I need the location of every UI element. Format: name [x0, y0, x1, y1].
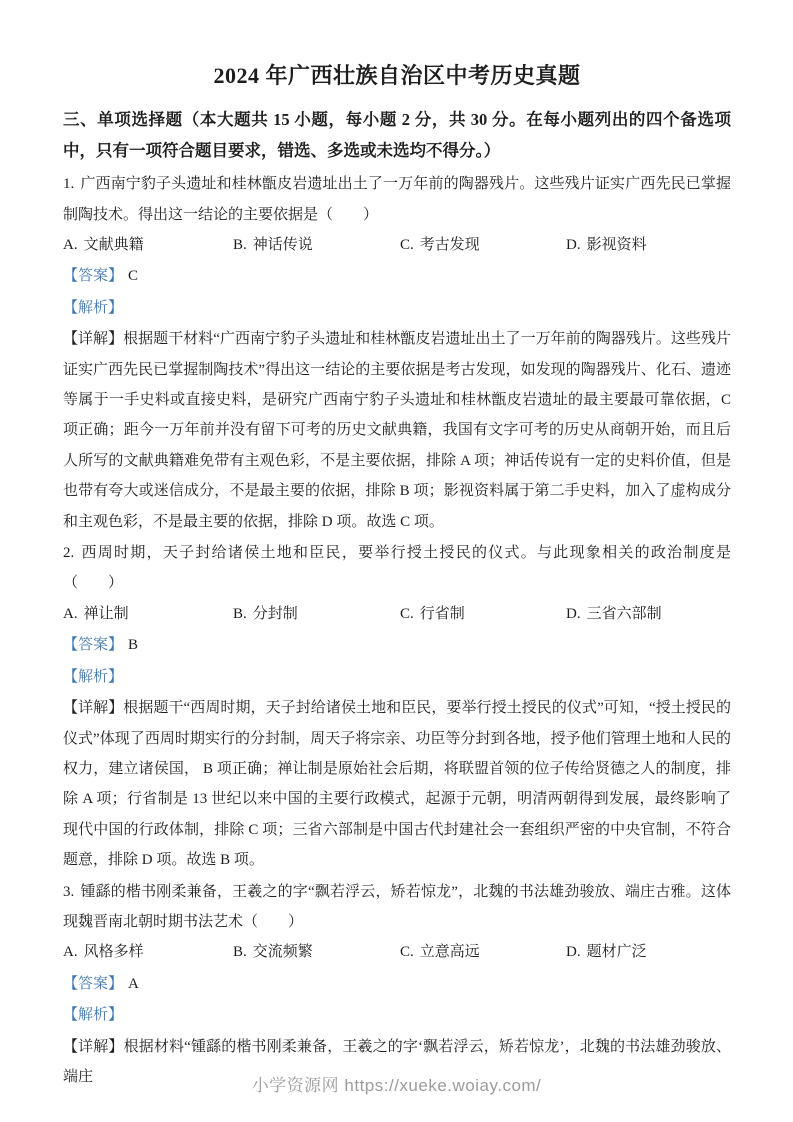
- answer-value: C: [128, 268, 138, 284]
- option-text: 考古发现: [420, 237, 480, 253]
- option-d: D.影视资料: [566, 230, 731, 260]
- detail-paragraph: 【详解】根据题干材料“广西南宁豹子头遗址和桂林甑皮岩遗址出土了一万年前的陶器残片…: [63, 324, 731, 537]
- option-a: A.禅让制: [63, 599, 233, 629]
- option-key: D.: [566, 606, 581, 622]
- answer-line: 【答案】A: [63, 969, 731, 999]
- option-c: C.立意高远: [400, 937, 566, 967]
- option-key: B.: [233, 944, 247, 960]
- option-key: B.: [233, 606, 247, 622]
- question-stem: 3.锺繇的楷书刚柔兼备，王羲之的字“飘若浮云，矫若惊龙”，北魏的书法雄劲骏放、端…: [63, 877, 731, 938]
- option-d: D.三省六部制: [566, 599, 731, 629]
- option-key: C.: [400, 237, 414, 253]
- option-key: D.: [566, 944, 581, 960]
- answer-label: 【答案】: [63, 268, 123, 284]
- detail-text: 根据题干“西周时期，天子封给诸侯土地和臣民，要举行授土授民的仪式”可知，“授土授…: [63, 700, 731, 868]
- option-key: A.: [63, 606, 78, 622]
- question-number: 1.: [63, 176, 74, 192]
- option-c: C.行省制: [400, 599, 566, 629]
- option-text: 分封制: [253, 606, 298, 622]
- document-content: 2024 年广西壮族自治区中考历史真题 三、单项选择题（本大题共 15 小题，每…: [63, 60, 731, 1092]
- option-text: 禅让制: [84, 606, 129, 622]
- section-heading: 三、单项选择题（本大题共 15 小题，每小题 2 分，共 30 分。在每小题列出…: [63, 105, 731, 166]
- option-text: 风格多样: [84, 944, 144, 960]
- question-stem-text: 锺繇的楷书刚柔兼备，王羲之的字“飘若浮云，矫若惊龙”，北魏的书法雄劲骏放、端庄古…: [63, 884, 731, 930]
- option-b: B.交流频繁: [233, 937, 400, 967]
- answer-label: 【答案】: [63, 637, 123, 653]
- options-row: A.风格多样 B.交流频繁 C.立意高远 D.题材广泛: [63, 937, 731, 967]
- option-text: 行省制: [420, 606, 465, 622]
- analysis-line: 【解析】: [63, 1000, 731, 1030]
- detail-paragraph: 【详解】根据题干“西周时期，天子封给诸侯土地和臣民，要举行授土授民的仪式”可知，…: [63, 693, 731, 875]
- analysis-label: 【解析】: [63, 300, 123, 316]
- answer-line: 【答案】C: [63, 261, 731, 291]
- option-d: D.题材广泛: [566, 937, 731, 967]
- option-key: C.: [400, 606, 414, 622]
- question-stem-text: 西周时期，天子封给诸侯土地和臣民，要举行授土授民的仪式。与此现象相关的政治制度是…: [63, 545, 731, 591]
- question-stem-text: 广西南宁豹子头遗址和桂林甑皮岩遗址出土了一万年前的陶器残片。这些残片证实广西先民…: [63, 176, 731, 222]
- page-title: 2024 年广西壮族自治区中考历史真题: [63, 60, 731, 92]
- analysis-line: 【解析】: [63, 293, 731, 323]
- option-key: B.: [233, 237, 247, 253]
- document-page: 2024 年广西壮族自治区中考历史真题 三、单项选择题（本大题共 15 小题，每…: [0, 0, 793, 1122]
- answer-value: B: [128, 637, 138, 653]
- question-block-1: 1.广西南宁豹子头遗址和桂林甑皮岩遗址出土了一万年前的陶器残片。这些残片证实广西…: [63, 169, 731, 537]
- option-key: A.: [63, 944, 78, 960]
- question-stem: 1.广西南宁豹子头遗址和桂林甑皮岩遗址出土了一万年前的陶器残片。这些残片证实广西…: [63, 169, 731, 230]
- detail-label: 【详解】: [63, 1039, 124, 1055]
- option-b: B.分封制: [233, 599, 400, 629]
- question-number: 2.: [63, 545, 74, 561]
- option-key: C.: [400, 944, 414, 960]
- option-a: A.风格多样: [63, 937, 233, 967]
- options-row: A.禅让制 B.分封制 C.行省制 D.三省六部制: [63, 599, 731, 629]
- detail-label: 【详解】: [63, 700, 123, 716]
- option-b: B.神话传说: [233, 230, 400, 260]
- option-key: A.: [63, 237, 78, 253]
- option-text: 立意高远: [420, 944, 480, 960]
- option-text: 神话传说: [253, 237, 313, 253]
- detail-label: 【详解】: [63, 331, 123, 347]
- option-text: 文献典籍: [84, 237, 144, 253]
- analysis-line: 【解析】: [63, 662, 731, 692]
- option-c: C.考古发现: [400, 230, 566, 260]
- option-key: D.: [566, 237, 581, 253]
- analysis-label: 【解析】: [63, 669, 123, 685]
- question-block-2: 2.西周时期，天子封给诸侯土地和臣民，要举行授土授民的仪式。与此现象相关的政治制…: [63, 538, 731, 875]
- option-text: 三省六部制: [587, 606, 662, 622]
- option-text: 交流频繁: [253, 944, 313, 960]
- question-stem: 2.西周时期，天子封给诸侯土地和臣民，要举行授土授民的仪式。与此现象相关的政治制…: [63, 538, 731, 599]
- detail-text: 根据题干材料“广西南宁豹子头遗址和桂林甑皮岩遗址出土了一万年前的陶器残片。这些残…: [63, 331, 731, 529]
- analysis-label: 【解析】: [63, 1007, 123, 1023]
- question-number: 3.: [63, 884, 74, 900]
- option-text: 影视资料: [587, 237, 647, 253]
- footer-watermark: 小学资源网 https://xueke.woiay.com/: [0, 1071, 793, 1096]
- options-row: A.文献典籍 B.神话传说 C.考古发现 D.影视资料: [63, 230, 731, 260]
- option-a: A.文献典籍: [63, 230, 233, 260]
- question-block-3: 3.锺繇的楷书刚柔兼备，王羲之的字“飘若浮云，矫若惊龙”，北魏的书法雄劲骏放、端…: [63, 877, 731, 1093]
- answer-label: 【答案】: [63, 976, 123, 992]
- option-text: 题材广泛: [587, 944, 647, 960]
- answer-value: A: [128, 976, 139, 992]
- answer-line: 【答案】B: [63, 630, 731, 660]
